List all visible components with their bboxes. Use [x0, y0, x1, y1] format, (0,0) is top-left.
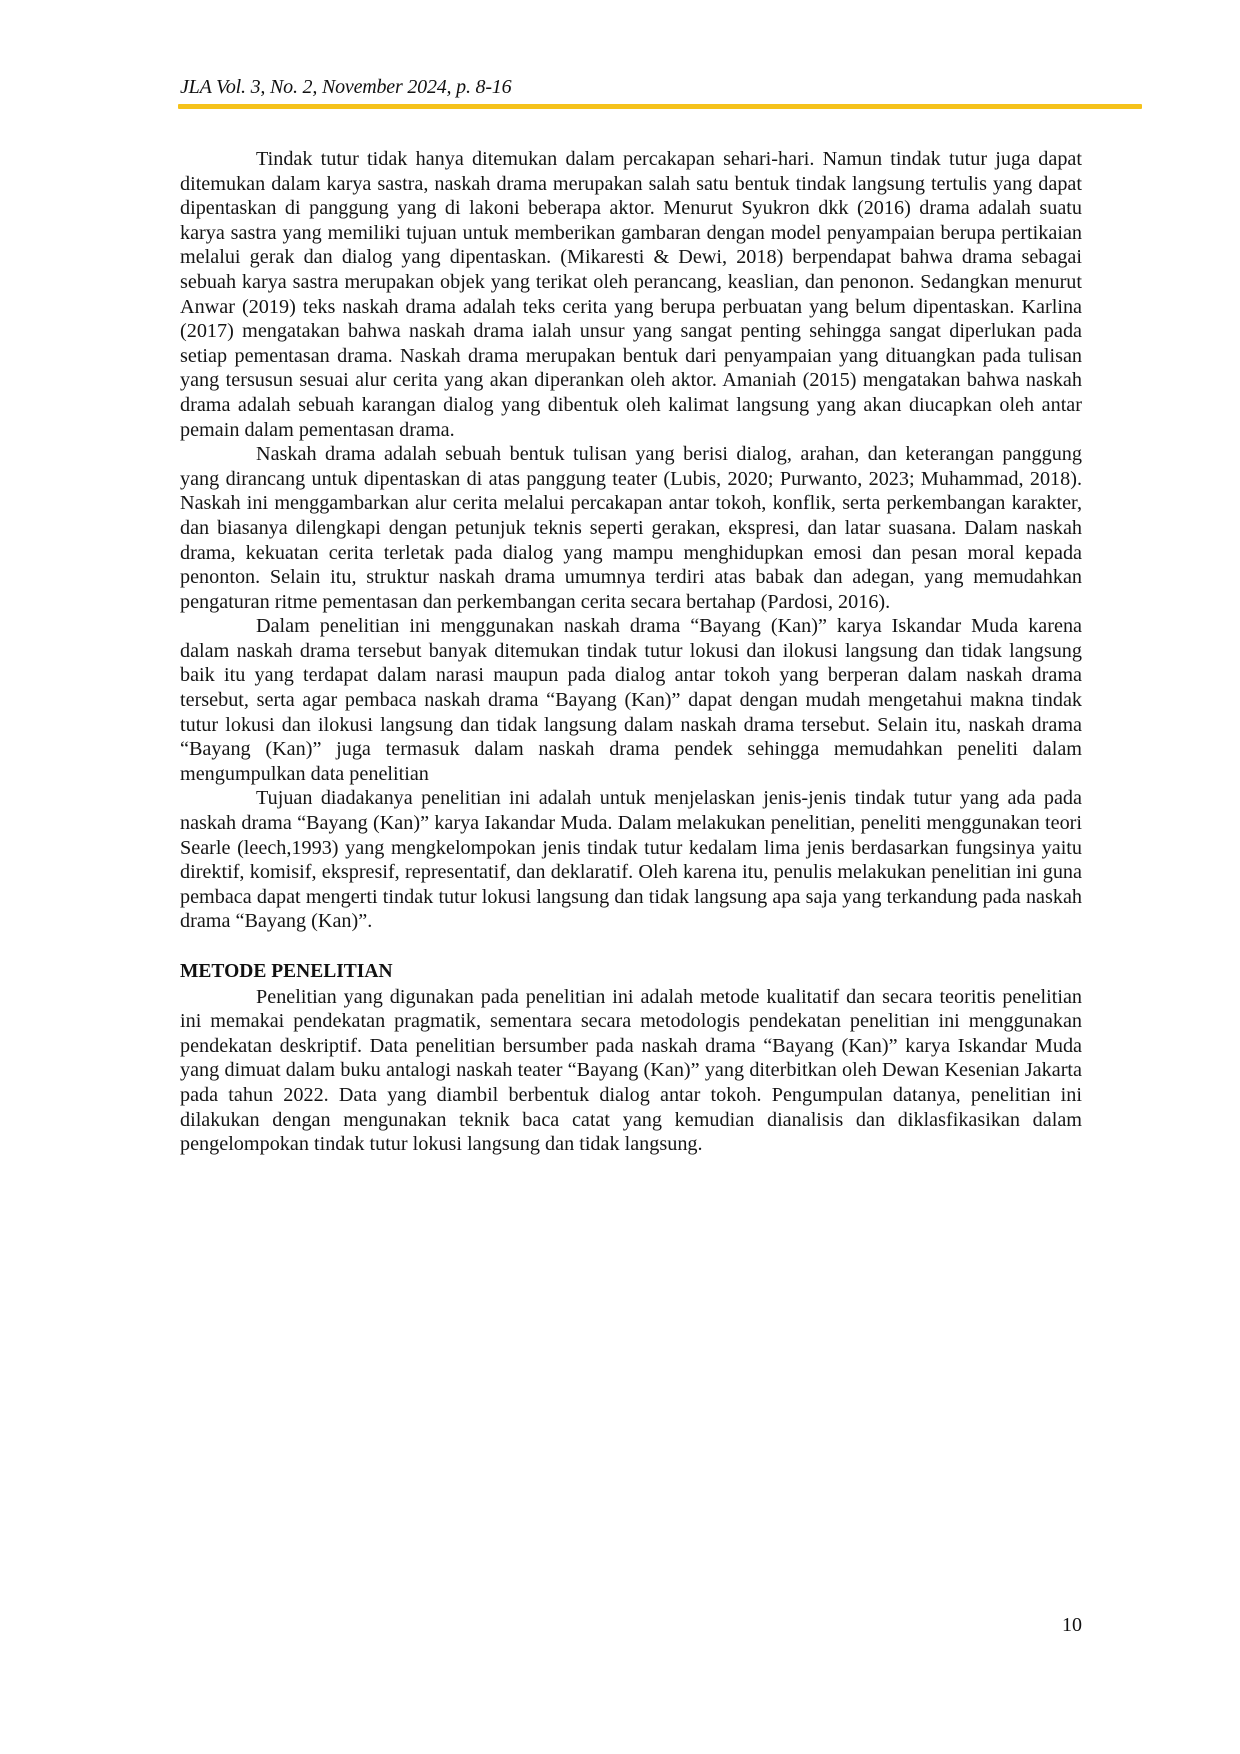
paragraph-1: Tindak tutur tidak hanya ditemukan dalam… [180, 147, 1082, 442]
body-text: Tindak tutur tidak hanya ditemukan dalam… [180, 147, 1082, 1157]
paragraph-2: Naskah drama adalah sebuah bentuk tulisa… [180, 442, 1082, 614]
page-number: 10 [1062, 1614, 1082, 1637]
header-rule [178, 104, 1142, 109]
section-paragraph-1: Penelitian yang digunakan pada penelitia… [180, 985, 1082, 1157]
paragraph-4: Tujuan diadakanya penelitian ini adalah … [180, 786, 1082, 934]
document-page: JLA Vol. 3, No. 2, November 2024, p. 8-1… [0, 0, 1240, 1754]
section-heading-metode: METODE PENELITIAN [180, 960, 1082, 985]
paragraph-3: Dalam penelitian ini menggunakan naskah … [180, 614, 1082, 786]
running-header: JLA Vol. 3, No. 2, November 2024, p. 8-1… [180, 76, 511, 99]
